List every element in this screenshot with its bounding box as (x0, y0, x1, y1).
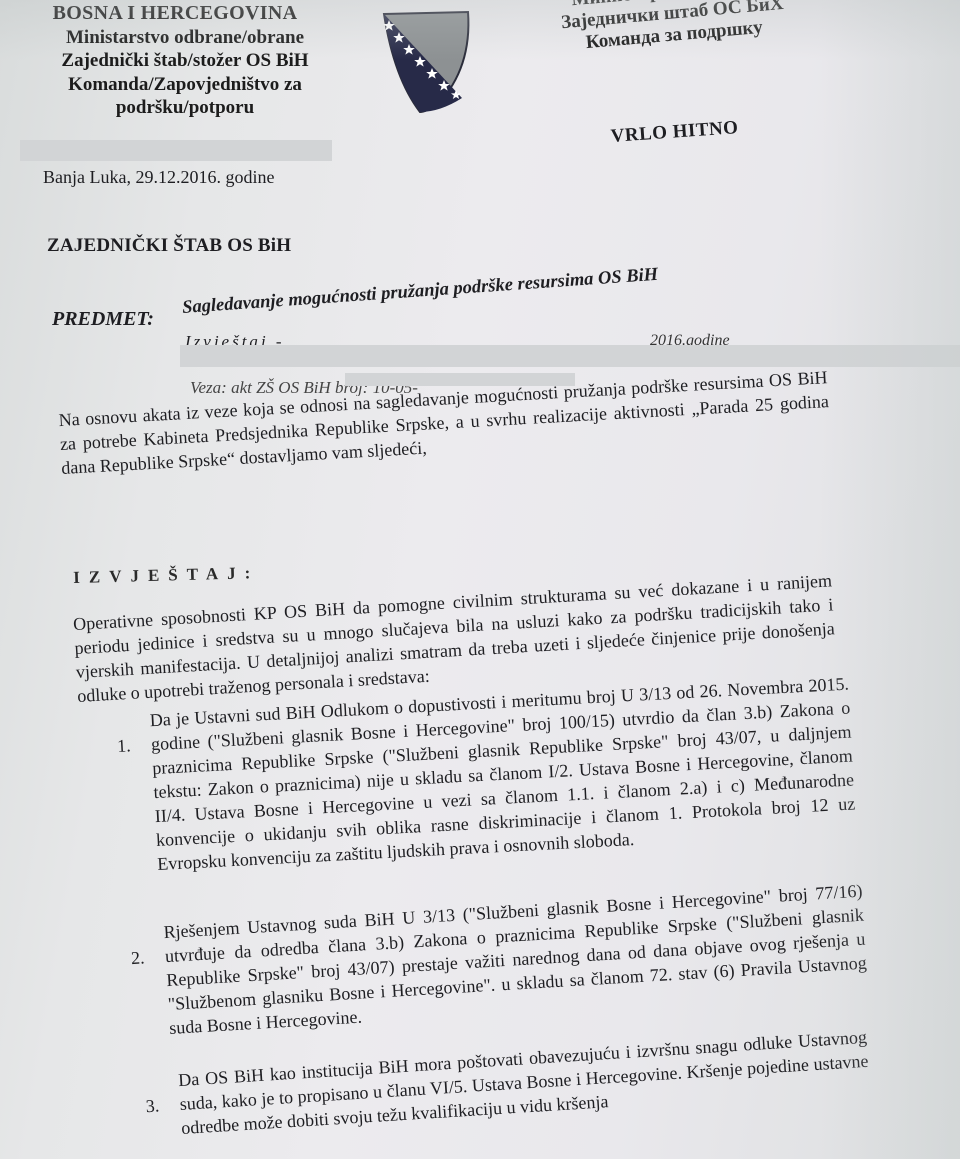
list-item-text: Da OS BiH kao institucija BiH mora pošto… (178, 1027, 869, 1138)
list-item-text: Rješenjem Ustavnog suda BiH U 3/13 ("Slu… (163, 881, 867, 1038)
list-item: 1. Da je Ustavni sud BiH Odlukom o dopus… (149, 672, 857, 876)
bosnia-coat-of-arms-icon (380, 8, 475, 114)
letterhead-line: Ministarstvo odbrane/obrane (30, 26, 340, 50)
report-heading: IZVJEŠTAJ: (73, 563, 260, 588)
list-item-number: 3. (145, 1093, 160, 1118)
list-item-text: Da je Ustavni sud BiH Odlukom o dopustiv… (149, 674, 855, 874)
country-name: BOSNA I HERCEGOVINA (10, 2, 340, 26)
subject-subline-tail: 2016.godine (650, 332, 730, 346)
place-date: Banja Luka, 29.12.2016. godine (43, 167, 274, 188)
list-item-number: 1. (117, 733, 132, 758)
subject-label: PREDMET: (52, 308, 154, 331)
redaction-bar (20, 140, 332, 161)
document-page: BOSNA I HERCEGOVINA Ministarstvo odbrane… (0, 0, 960, 1159)
letterhead-line: podršku/potporu (30, 96, 340, 120)
list-item: 3. Da OS BiH kao institucija BiH mora po… (177, 1025, 870, 1140)
urgency-label: VRLO HITNO (610, 117, 739, 148)
redaction-bar (180, 345, 960, 367)
subject-text: Sagledavanje mogućnosti pružanja podrške… (182, 265, 659, 319)
recipient: ZAJEDNIČKI ŠTAB OS BiH (47, 235, 291, 257)
list-item-number: 2. (130, 945, 145, 970)
letterhead-line: Zajednički štab/stožer OS BiH (30, 49, 340, 73)
list-item: 2. Rješenjem Ustavnog suda BiH U 3/13 ("… (163, 879, 869, 1040)
letterhead-latin: BOSNA I HERCEGOVINA Ministarstvo odbrane… (30, 2, 340, 120)
letterhead-cyrillic: Министарство одбране Заједнички штаб ОС … (540, 0, 805, 58)
subject-subline: Izvještaj,- (185, 332, 285, 346)
letterhead-line: Komanda/Zapovjedništvo za (30, 73, 340, 97)
